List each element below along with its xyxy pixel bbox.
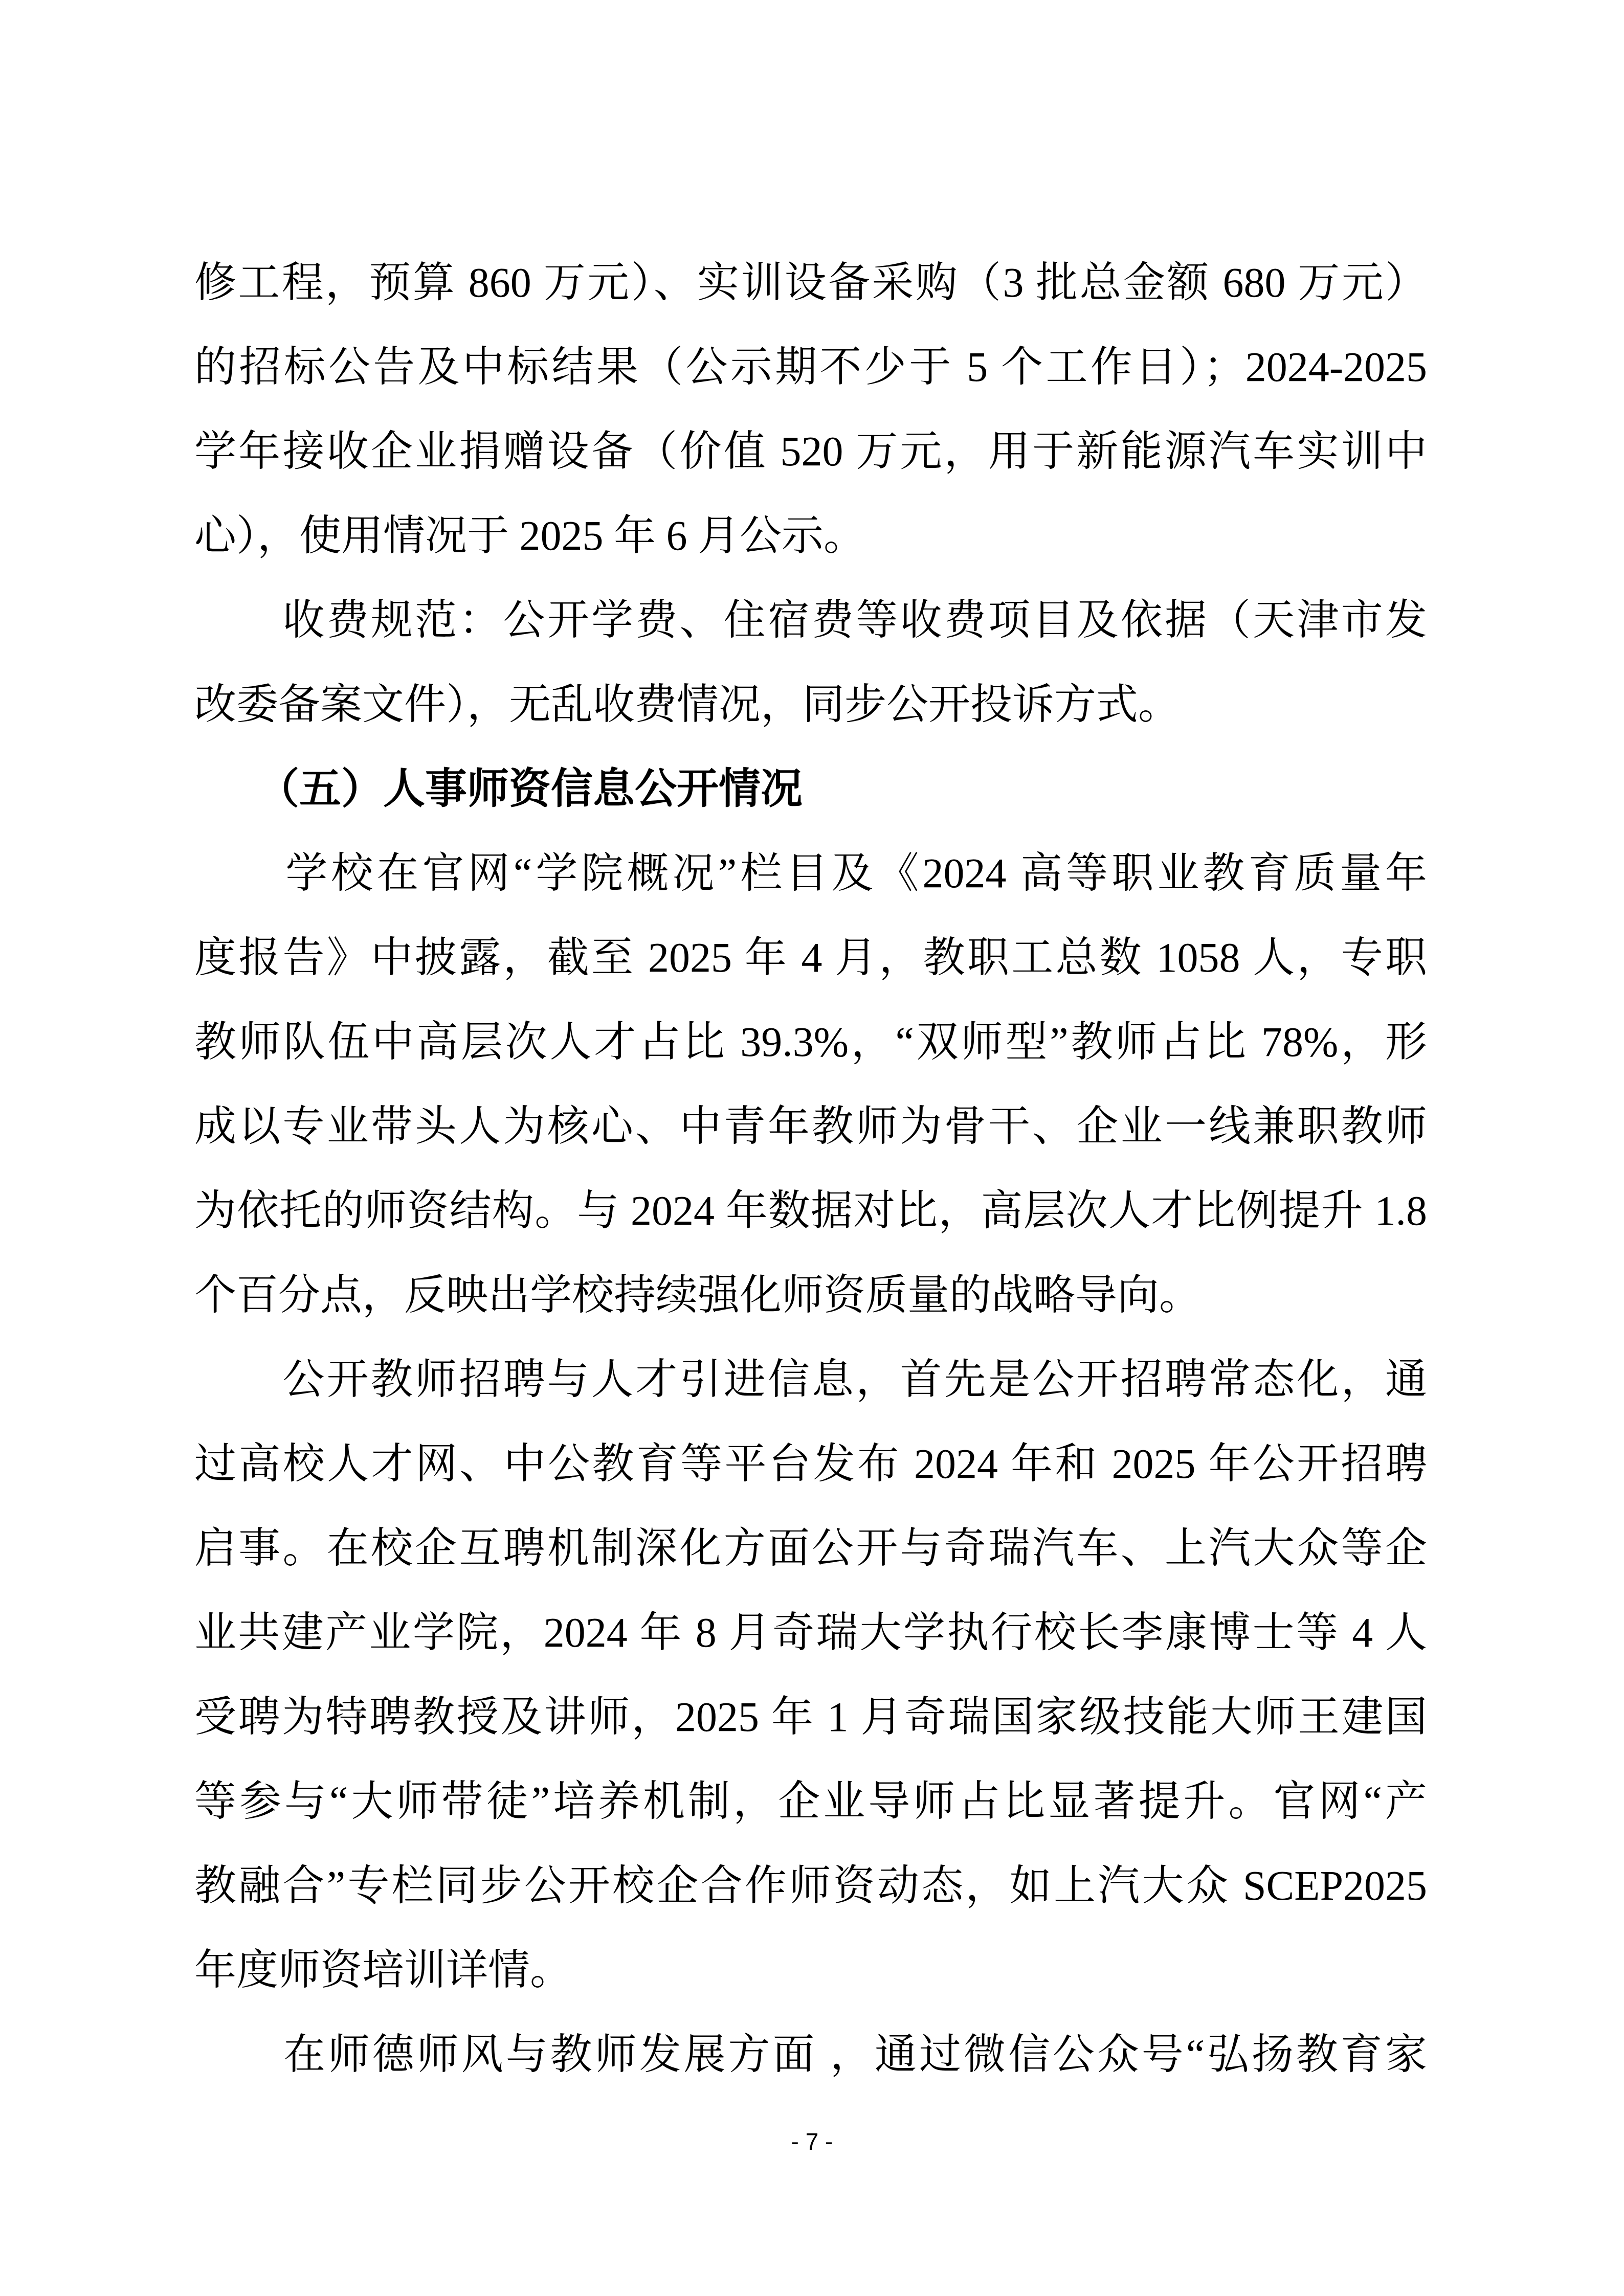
text-line: 成以专业带头人为核心、中青年教师为骨干、企业一线兼职教师 [194, 1084, 1427, 1168]
page-number: - 7 - [0, 2126, 1624, 2157]
text-line: 过高校人才网、中公教育等平台发布 2024 年和 2025 年公开招聘 [194, 1422, 1427, 1506]
text-line: 教融合”专栏同步公开校企合作师资动态，如上汽大众 SCEP2025 [194, 1843, 1427, 1928]
text-line: 心），使用情况于 2025 年 6 月公示。 [194, 493, 1427, 578]
text-line: 等参与“大师带徒”培养机制，企业导师占比显著提升。官网“产 [194, 1759, 1427, 1843]
text-line: 个百分点，反映出学校持续强化师资质量的战略导向。 [194, 1253, 1427, 1337]
text-line: 修工程，预算 860 万元）、实训设备采购（3 批总金额 680 万元） [194, 240, 1427, 325]
text-line: 的招标公告及中标结果（公示期不少于 5 个工作日）；2024-2025 [194, 325, 1427, 409]
text-line: 学校在官网“学院概况”栏目及《2024 高等职业教育质量年 [194, 831, 1427, 915]
text-line: 启事。在校企互聘机制深化方面公开与奇瑞汽车、上汽大众等企 [194, 1506, 1427, 1590]
document-page: 修工程，预算 860 万元）、实训设备采购（3 批总金额 680 万元） 的招标… [0, 0, 1624, 2296]
section-heading: （五）人事师资信息公开情况 [194, 747, 1427, 831]
text-line: 年度师资培训详情。 [194, 1928, 1427, 2012]
text-line: 受聘为特聘教授及讲师，2025 年 1 月奇瑞国家级技能大师王建国 [194, 1675, 1427, 1759]
text-line: 教师队伍中高层次人才占比 39.3%，“双师型”教师占比 78%，形 [194, 1000, 1427, 1084]
text-line: 度报告》中披露，截至 2025 年 4 月，教职工总数 1058 人，专职 [194, 915, 1427, 1000]
text-line: 改委备案文件），无乱收费情况，同步公开投诉方式。 [194, 662, 1427, 747]
text-line: 公开教师招聘与人才引进信息，首先是公开招聘常态化，通 [194, 1337, 1427, 1422]
text-line: 业共建产业学院，2024 年 8 月奇瑞大学执行校长李康博士等 4 人 [194, 1590, 1427, 1675]
text-line: 为依托的师资结构。与 2024 年数据对比，高层次人才比例提升 1.8 [194, 1168, 1427, 1253]
text-line: 在师德师风与教师发展方面 ，通过微信公众号“弘扬教育家 [194, 2012, 1427, 2097]
text-line: 收费规范：公开学费、住宿费等收费项目及依据（天津市发 [194, 578, 1427, 662]
document-text-block: 修工程，预算 860 万元）、实训设备采购（3 批总金额 680 万元） 的招标… [194, 240, 1427, 2097]
text-line: 学年接收企业捐赠设备（价值 520 万元，用于新能源汽车实训中 [194, 409, 1427, 493]
